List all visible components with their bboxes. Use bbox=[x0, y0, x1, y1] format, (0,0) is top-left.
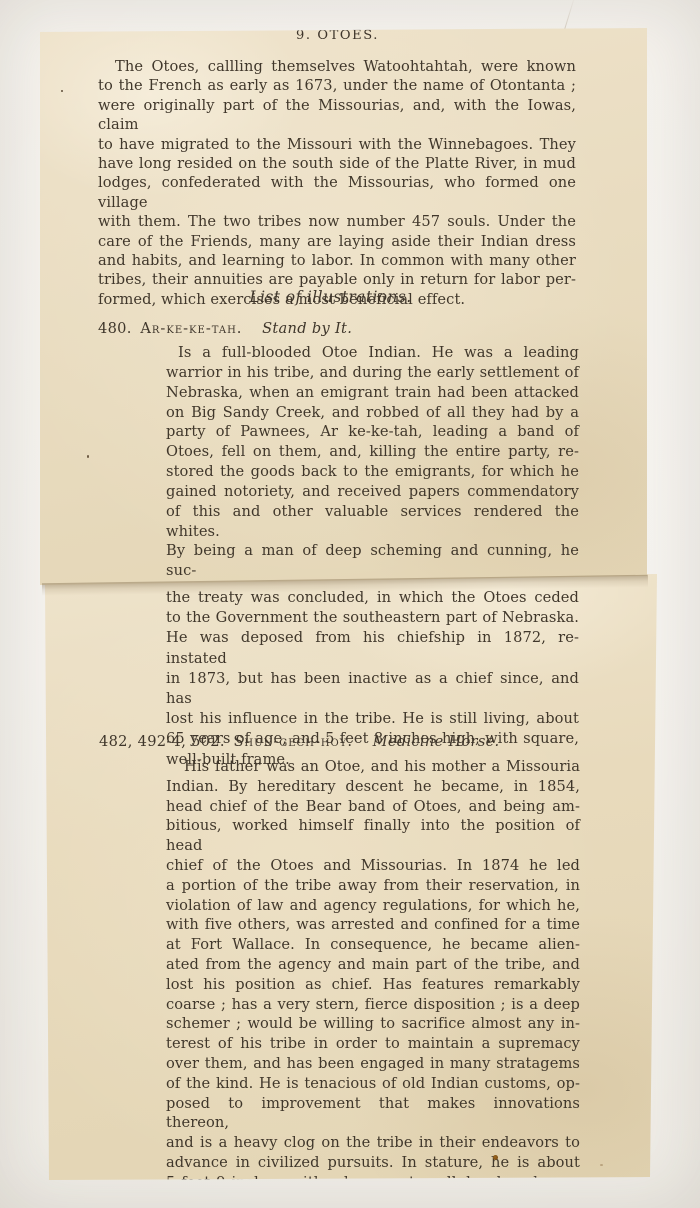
entry1-number: 480. bbox=[98, 320, 132, 337]
clipping-upper: 9. OTOES. The Otoes, callling themselves… bbox=[40, 27, 647, 585]
text-line: By being a man of deep scheming and cunn… bbox=[166, 541, 579, 581]
text-line: advance in civilized pursuits. In statur… bbox=[166, 1153, 580, 1173]
text-line: Is a full-blooded Otoe Indian. He was a … bbox=[166, 343, 579, 363]
entry2-description: His father was an Otoe, and his mother a… bbox=[166, 757, 580, 1208]
text-line: The Otoes, callling themselves Watoohtah… bbox=[98, 57, 576, 76]
text-line: ated from the agency and main part of th… bbox=[166, 955, 580, 975]
intro-paragraph: The Otoes, callling themselves Watoohtah… bbox=[98, 57, 576, 309]
list-of-illustrations-heading: List of illustrations. bbox=[27, 288, 634, 306]
entry1-subtitle: Stand by It. bbox=[262, 320, 352, 337]
text-line: tribes, their annuities are payable only… bbox=[98, 270, 576, 289]
entry2-number: 482, 492-4, 502. bbox=[99, 733, 225, 750]
clipping-lower: the treaty was concluded, in which the O… bbox=[45, 572, 657, 1180]
text-line: the treaty was concluded, in which the O… bbox=[166, 588, 579, 608]
text-line: and is a heavy clog on the tribe in thei… bbox=[166, 1133, 580, 1153]
text-line: to have migrated to the Missouri with th… bbox=[98, 135, 576, 154]
text-line: chief of the Otoes and Missourias. In 18… bbox=[166, 856, 580, 876]
entry2-heading: 482, 492-4, 502. Shun-gech-hoy. Medicine… bbox=[99, 733, 500, 750]
text-line: lost his influence in the tribe. He is s… bbox=[166, 709, 579, 729]
text-line: over them, and has been engaged in many … bbox=[166, 1054, 580, 1074]
text-line: of this and other valuable services rend… bbox=[166, 502, 579, 542]
text-line: cular frame ; about 60 years of age. bbox=[166, 1193, 580, 1208]
text-line: head chief of the Bear band of Otoes, an… bbox=[166, 797, 580, 817]
text-line: to the Government the southeastern part … bbox=[166, 608, 579, 628]
text-line: have long resided on the south side of t… bbox=[98, 154, 576, 173]
text-line: lost his position as chief. Has features… bbox=[166, 975, 580, 995]
text-line: warrior in his tribe, and during the ear… bbox=[166, 363, 579, 383]
text-line: schemer ; would be willing to sacrifice … bbox=[166, 1014, 580, 1034]
entry1-heading: 480. Ar-ke-ke-tah. Stand by It. bbox=[98, 320, 352, 337]
entry2-name: Shun-gech-hoy. bbox=[233, 733, 353, 750]
entry1-name: Ar-ke-ke-tah. bbox=[140, 320, 242, 337]
text-line: posed to improvement that makes innovati… bbox=[166, 1094, 580, 1134]
text-line: with them. The two tribes now number 457… bbox=[98, 212, 576, 231]
text-line: of the kind. He is tenacious of old Indi… bbox=[166, 1074, 580, 1094]
text-line: Nebraska, when an emigrant train had bee… bbox=[166, 383, 579, 403]
text-line: 5 feet 9 inches, with a heavy-set, well-… bbox=[166, 1173, 580, 1193]
text-line: coarse ; has a very stern, fierce dispos… bbox=[166, 995, 580, 1015]
text-line: His father was an Otoe, and his mother a… bbox=[166, 757, 580, 777]
text-line: Otoes, fell on them, and, killing the en… bbox=[166, 442, 579, 462]
text-line: were originally part of the Missourias, … bbox=[98, 96, 576, 135]
text-line: at Fort Wallace. In consequence, he beca… bbox=[166, 935, 580, 955]
scan-backdrop: 9. OTOES. The Otoes, callling themselves… bbox=[0, 0, 700, 1208]
text-line: bitious, worked himself finally into the… bbox=[166, 816, 580, 856]
text-line: lodges, confederated with the Missourias… bbox=[98, 173, 576, 212]
text-line: on Big Sandy Creek, and robbed of all th… bbox=[166, 403, 579, 423]
text-line: with five others, was arrested and confi… bbox=[166, 915, 580, 935]
text-line: Indian. By hereditary descent he became,… bbox=[166, 777, 580, 797]
entry2-subtitle: Medicine Horse. bbox=[373, 733, 500, 750]
text-line: violation of law and agency regulations,… bbox=[166, 896, 580, 916]
text-line: terest of his tribe in order to maintain… bbox=[166, 1034, 580, 1054]
text-line: and habits, and learning to labor. In co… bbox=[98, 251, 576, 270]
text-line: care of the Friends, many are laying asi… bbox=[98, 232, 576, 251]
page-title: 9. OTOES. bbox=[34, 27, 641, 45]
text-line: to the French as early as 1673, under th… bbox=[98, 76, 576, 95]
text-line: stored the goods back to the emigrants, … bbox=[166, 462, 579, 482]
text-line: party of Pawnees, Ar ke-ke-tah, leading … bbox=[166, 422, 579, 442]
text-line: a portion of the tribe away from their r… bbox=[166, 876, 580, 896]
text-line: He was deposed from his chiefship in 187… bbox=[166, 628, 579, 668]
text-line: in 1873, but has been inactive as a chie… bbox=[166, 669, 579, 709]
text-line: gained notoriety, and received papers co… bbox=[166, 482, 579, 502]
